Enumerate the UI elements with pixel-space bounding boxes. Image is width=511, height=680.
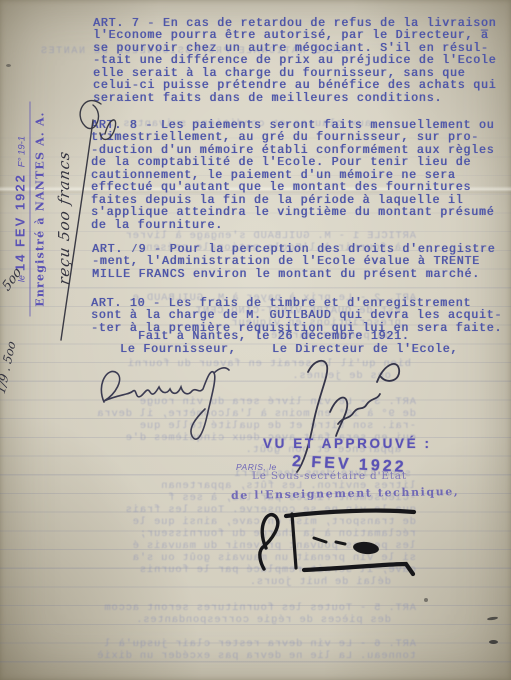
date-line: Fait à Nantes, le 26 décembre 1921. — [138, 331, 410, 343]
registration-folio: F° 19-1 — [17, 136, 28, 167]
supplier-title: Le Fournisseur, — [120, 344, 236, 356]
bleedthrough-line: tonneau. La lie ne devra pas excéder un … — [96, 650, 416, 662]
vu-et-approuve-stamp: VU ET APPROUVÉ : — [263, 436, 432, 451]
pen-flourish — [55, 90, 125, 350]
black-ink-signature — [248, 498, 428, 593]
document-page: ECOLE NATIONALE PROFESSIONNELLE DE NANTE… — [0, 0, 511, 680]
small-speck — [6, 64, 11, 67]
article-7: ART. 7 - En cas de retardou de refus de … — [93, 18, 496, 105]
bleedthrough-line: des pièces de régie correspondantes. — [135, 614, 391, 626]
small-speck — [424, 598, 428, 602]
supplier-signature — [92, 358, 252, 453]
article-8: ART. 8 - Les paiements seront faits mens… — [91, 120, 494, 232]
article-9: ART. ⁄9 - Pour la perception des droits … — [92, 244, 495, 281]
ink-dot-stain — [489, 640, 498, 644]
bleedthrough-line: ART. 5 - Toutes les fournitures seront a… — [104, 602, 416, 614]
registration-title: Enregistré à NANTES A. A. — [31, 102, 47, 317]
bleedthrough-line: ART. 6 - Le vin devra rester clair jusqu… — [104, 638, 416, 650]
